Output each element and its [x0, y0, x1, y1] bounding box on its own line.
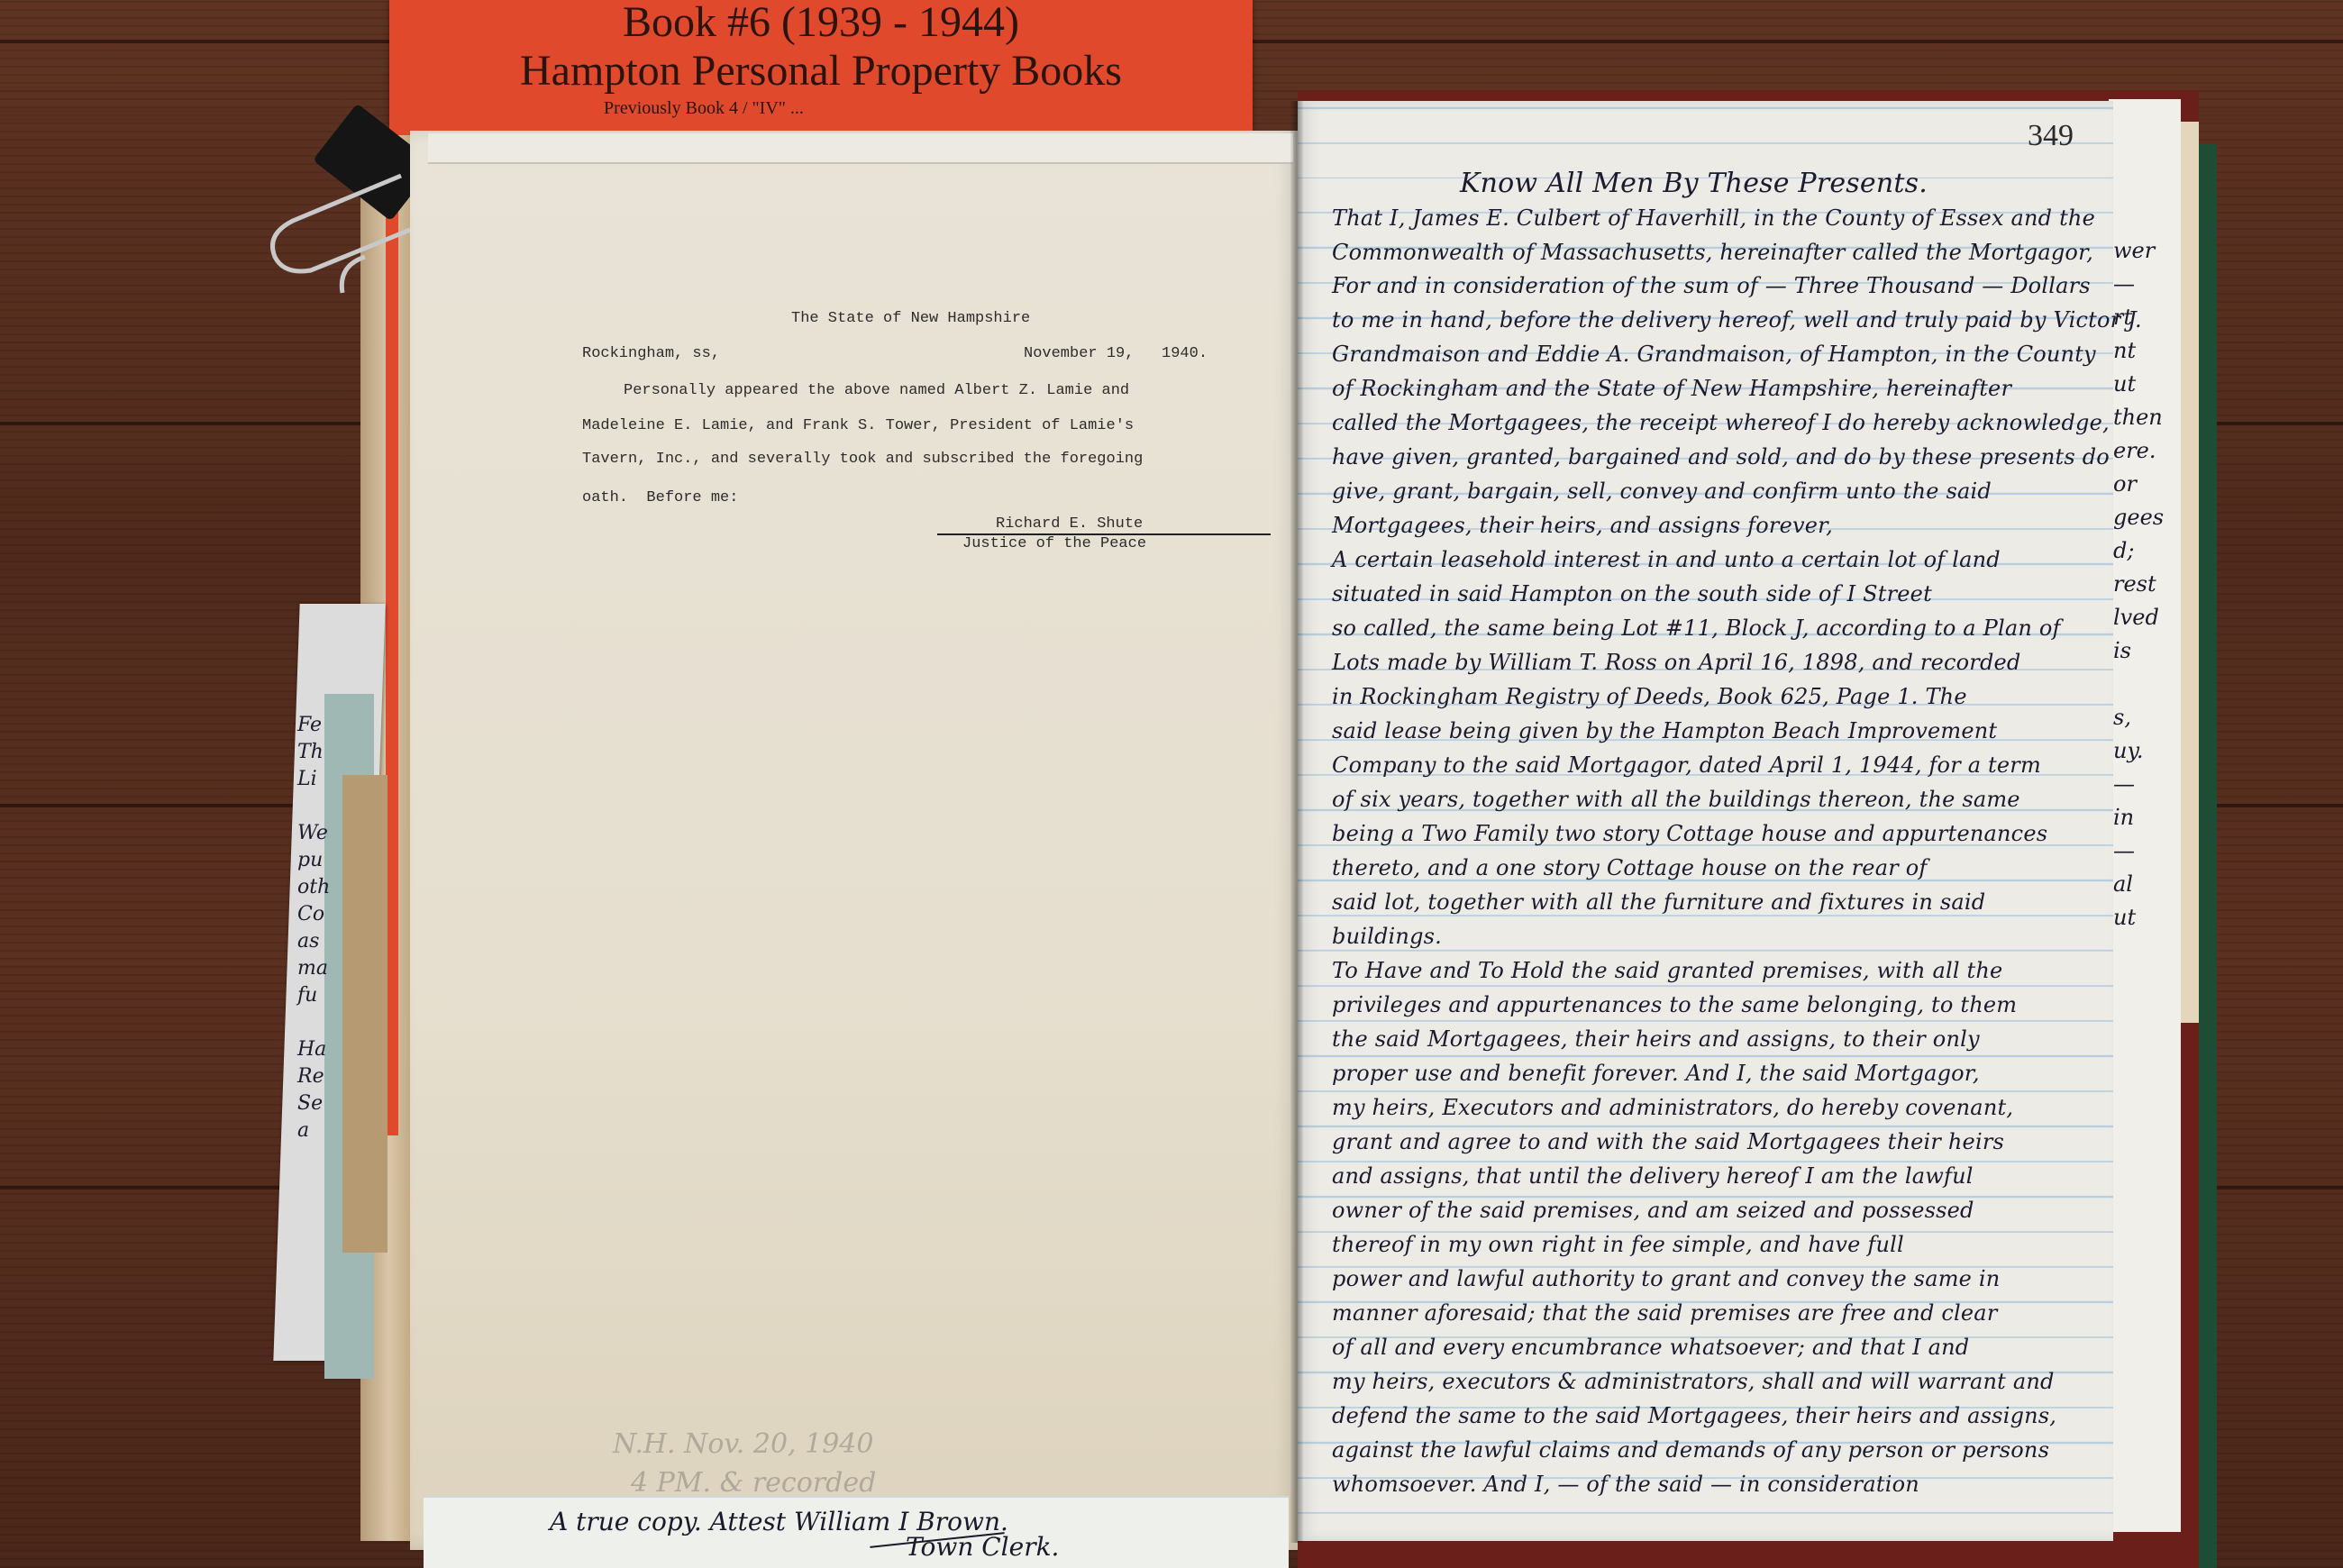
book-label-previously: Previously Book 4 / "IV" ...: [155, 97, 1253, 119]
deed-line: Grandmaison and Eddie A. Grandmaison, of…: [1332, 342, 2096, 367]
deed-line: privileges and appurtenances to the same…: [1332, 992, 2017, 1017]
deed-line: so called, the same being Lot #11, Block…: [1332, 615, 2061, 641]
deed-heading: Know All Men By These Presents.: [1460, 168, 1928, 199]
pencil-recording-note: 4 PM. & recorded: [631, 1467, 876, 1499]
document-heading: The State of New Hampshire: [791, 310, 1030, 327]
body-line: oath. Before me:: [582, 489, 738, 506]
page-number: 349: [2028, 119, 2074, 153]
deed-line: and assigns, that until the delivery her…: [1332, 1163, 1974, 1189]
deed-line: my heirs, Executors and administrators, …: [1332, 1095, 2013, 1120]
document-date: November 19, 1940.: [1024, 345, 1208, 362]
deed-line: For and in consideration of the sum of —…: [1332, 273, 2091, 298]
body-line: Tavern, Inc., and severally took and sub…: [582, 451, 1143, 468]
deed-line: of Rockingham and the State of New Hamps…: [1332, 376, 2011, 401]
green-cloth-spine: [2199, 144, 2217, 1568]
venue: Rockingham, ss,: [582, 345, 720, 362]
deed-line: Lots made by William T. Ross on April 16…: [1332, 650, 2021, 675]
deed-line: said lot, together with all the furnitur…: [1332, 889, 1985, 915]
pencil-recording-note: N.H. Nov. 20, 1940: [613, 1428, 873, 1460]
deed-line: in Rockingham Registry of Deeds, Book 62…: [1332, 684, 1967, 709]
left-page-top-fold: [428, 133, 1293, 164]
deed-line: thereto, and a one story Cottage house o…: [1332, 855, 1927, 880]
behind-page-text-fragments: wer — rt nt ut then ere. or gees d; rest…: [2113, 234, 2176, 955]
deed-line: whomsoever. And I, — of the said — in co…: [1332, 1472, 1919, 1497]
deed-line: against the lawful claims and demands of…: [1332, 1437, 2049, 1463]
deed-line: Commonwealth of Massachusetts, hereinaft…: [1332, 240, 2093, 265]
signature-name: Richard E. Shute: [996, 515, 1143, 533]
inserted-slip-text: Fe Th Li We pu oth Co as ma fu Ha Re Se …: [297, 712, 360, 1343]
deed-line: grant and agree to and with the said Mor…: [1332, 1129, 2004, 1154]
book-label-subtitle: Hampton Personal Property Books: [389, 45, 1253, 97]
deed-line: to me in hand, before the delivery hereo…: [1332, 307, 2142, 333]
deed-line: have given, granted, bargained and sold,…: [1332, 444, 2110, 469]
book-label-title: Book #6 (1939 - 1944): [389, 0, 1253, 45]
deed-line: defend the same to the said Mortgagees, …: [1332, 1403, 2056, 1428]
deed-line: power and lawful authority to grant and …: [1332, 1266, 2000, 1291]
deed-line: buildings.: [1332, 924, 1442, 949]
deed-line: of all and every encumbrance whatsoever;…: [1332, 1335, 1969, 1360]
deed-line: Mortgagees, their heirs, and assigns for…: [1332, 513, 1833, 538]
deed-line: being a Two Family two story Cottage hou…: [1332, 821, 2047, 846]
deed-line: my heirs, executors & administrators, sh…: [1332, 1369, 2055, 1394]
signature-title: Justice of the Peace: [962, 535, 1146, 552]
deed-line: Company to the said Mortgagor, dated Apr…: [1332, 752, 2041, 778]
deed-line: thereof in my own right in fee simple, a…: [1332, 1232, 1904, 1257]
deed-line: situated in said Hampton on the south si…: [1332, 581, 1932, 606]
body-line: Personally appeared the above named Albe…: [624, 382, 1129, 399]
deed-line: owner of the said premises, and am seize…: [1332, 1198, 1974, 1223]
deed-line: That I, James E. Culbert of Haverhill, i…: [1332, 205, 2095, 231]
deed-line: the said Mortgagees, their heirs and ass…: [1332, 1026, 1980, 1052]
left-page: [410, 131, 1298, 1550]
deed-line: To Have and To Hold the said granted pre…: [1332, 958, 2002, 983]
deed-line: said lease being given by the Hampton Be…: [1332, 718, 1997, 743]
deed-line: A certain leasehold interest in and unto…: [1332, 547, 2001, 572]
deed-line: proper use and benefit forever. And I, t…: [1332, 1061, 1980, 1086]
attest-title: Town Clerk.: [906, 1532, 1059, 1562]
deed-line: of six years, together with all the buil…: [1332, 787, 2020, 812]
book-gutter: [1290, 101, 1303, 1543]
binder-clip-handles-icon: [257, 158, 419, 302]
deed-line: called the Mortgagees, the receipt where…: [1332, 410, 2110, 435]
deed-line: manner aforesaid; that the said premises…: [1332, 1300, 1998, 1326]
deed-line: give, grant, bargain, sell, convey and c…: [1332, 479, 1992, 504]
body-line: Madeleine E. Lamie, and Frank S. Tower, …: [582, 417, 1134, 434]
